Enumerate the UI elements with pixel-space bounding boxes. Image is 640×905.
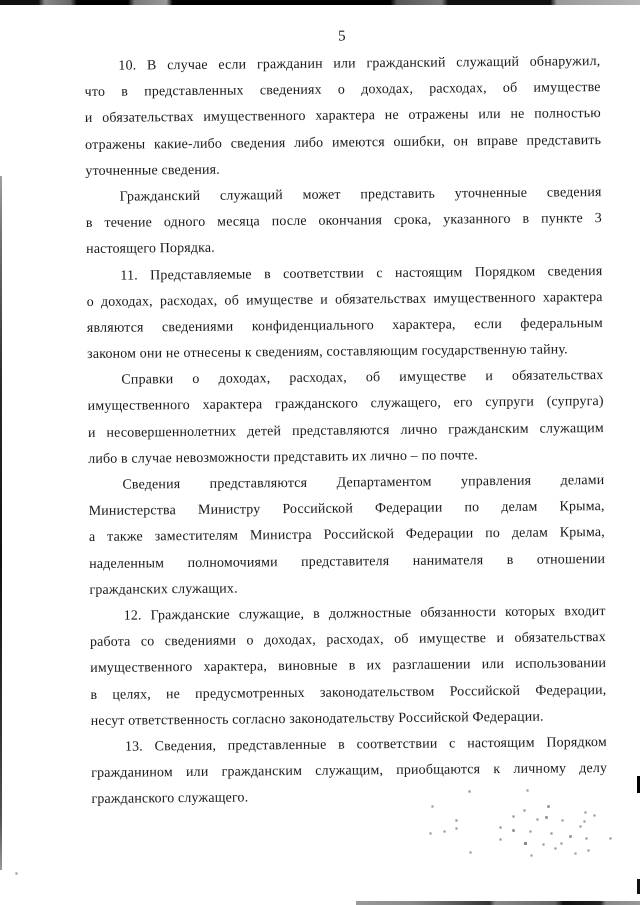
scanned-document-page: 5 10. В случае если гражданин или гражда… — [0, 0, 640, 905]
paragraph: Справки о доходах, расходах, об имуществ… — [87, 363, 604, 473]
paragraph: Гражданский служащий может представить у… — [86, 180, 603, 264]
scan-edge-left — [0, 176, 2, 870]
text-line: гражданского служащего. — [91, 782, 607, 813]
text-line: в течение одного месяца после окончания … — [86, 206, 602, 237]
text-line: и несовершеннолетних детей представляютс… — [88, 416, 604, 447]
text-line: отражены какие-либо сведения либо имеютс… — [85, 128, 601, 159]
paragraph: 12. Гражданские служащие, в должностные … — [90, 599, 607, 735]
document-body: 10. В случае если гражданин или гражданс… — [84, 49, 607, 813]
page-number: 5 — [84, 21, 600, 52]
scan-edge-top — [0, 0, 640, 5]
document-content: 5 10. В случае если гражданин или гражда… — [84, 21, 608, 813]
scan-edge-bottom — [356, 901, 640, 905]
paragraph: 11. Представляемые в соответствии с наст… — [86, 259, 603, 369]
text-line: гражданином или гражданским служащим, пр… — [91, 756, 607, 787]
text-line: наделенным полномочиями представителя на… — [89, 547, 605, 578]
scan-noise-specks — [0, 0, 1, 1]
paragraph: Сведения представляются Департаментом уп… — [88, 468, 605, 604]
paragraph: 13. Сведения, представленные в соответст… — [91, 730, 608, 814]
paragraph: 10. В случае если гражданин или гражданс… — [84, 49, 601, 185]
